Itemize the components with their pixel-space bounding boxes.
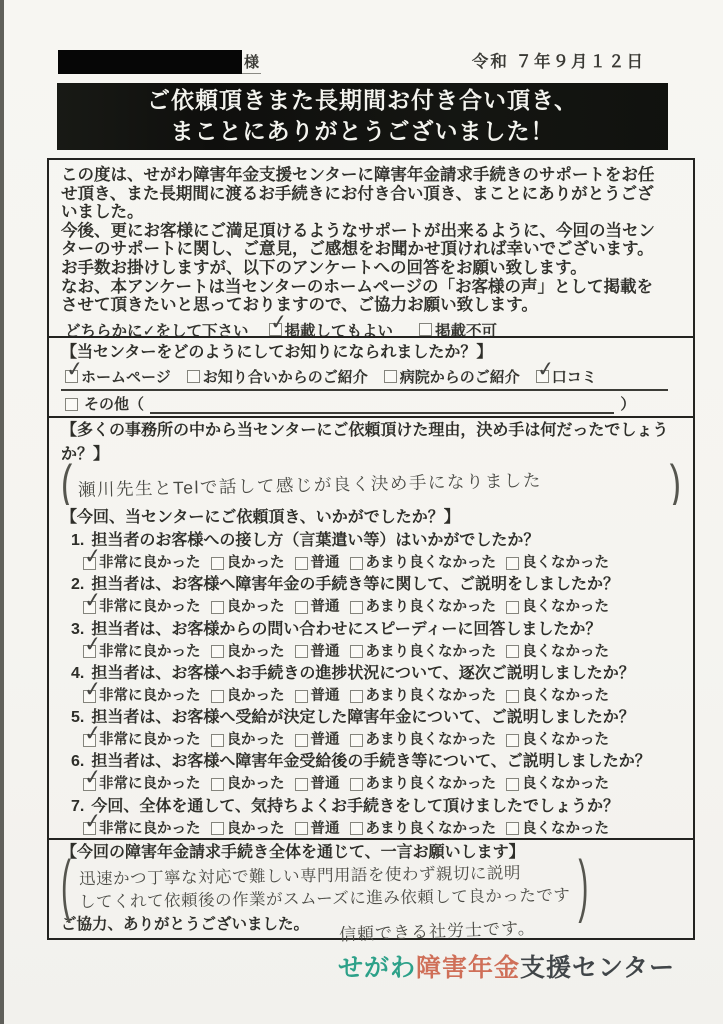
choice-item: 普通 [295, 596, 340, 618]
choice-item: 良かった [211, 773, 285, 795]
how-found-other-row: その他（ ） [61, 391, 637, 414]
checkbox-icon[interactable] [506, 734, 519, 747]
choice-label: 非常に良かった [99, 552, 201, 574]
question-text: 担当者は、お客様へ障害年金受給後の手続き等について、ご説明しましたか？ [91, 751, 650, 773]
choice-item: 良くなかった [506, 729, 609, 751]
reason-section: 【多くの事務所の中から当センターにご依頼頂けた理由，決め手は何だったでしょうか？… [49, 418, 693, 505]
checkbox-icon[interactable]: ✓ [83, 778, 96, 791]
choice-item: 普通 [295, 641, 340, 663]
checkbox-icon[interactable]: ✓ [83, 690, 96, 703]
handwritten-close-paren: ) [578, 854, 588, 923]
survey-question: 5.担当者は、お客様へ受給が決定した障害年金について、ご説明しましたか？✓非常に… [61, 707, 687, 751]
checkbox-icon[interactable]: ✓ [83, 601, 96, 614]
handwritten-close-paren: ) [670, 459, 681, 506]
how-found-section: 【当センターをどのようにしてお知りになられましたか？】 ✓ホームページお知り合い… [49, 338, 693, 418]
final-answer-row: ( 迅速かつ丁寧な対応で難しい専門用語を使わず親切に説明してくれて依頼後の作業が… [61, 865, 681, 911]
choice-item: 良くなかった [506, 773, 609, 795]
choice-label: あまり良くなかった [366, 729, 497, 751]
choice-label: 非常に良かった [99, 596, 201, 618]
choice-item: 良くなかった [506, 818, 609, 838]
question-row: 3.担当者は、お客様からの問い合わせにスピーディーに回答しましたか？ [61, 619, 687, 641]
checkbox-icon[interactable] [384, 370, 397, 383]
question-text: 今回、全体を通して、気持ちよくお手続きをして頂けましたでしょうか？ [91, 796, 619, 818]
choice-item: 良くなかった [506, 552, 609, 574]
handwritten-check-icon: ✓ [83, 766, 103, 789]
checkbox-icon[interactable] [295, 557, 308, 570]
document-date: 令和 ７年９月１２日 [472, 48, 645, 72]
survey-section: 【今回、当センターにご依頼頂き、いかがでしたか？】 1.担当者のお客様への接し方… [49, 505, 693, 838]
checkbox-icon[interactable] [295, 778, 308, 791]
consent-instruction: どちらかに✓をして下さい [65, 319, 249, 338]
choice-item: ✓非常に良かった [83, 818, 201, 838]
checkbox-icon[interactable] [211, 734, 224, 747]
question-row: 5.担当者は、お客様へ受給が決定した障害年金について、ご説明しましたか？ [61, 707, 687, 729]
choice-label: 良くなかった [522, 773, 609, 795]
choice-label: 良かった [227, 818, 285, 838]
choice-item: 良くなかった [506, 596, 609, 618]
choice-label: 良かった [227, 552, 285, 574]
checkbox-icon[interactable] [211, 778, 224, 791]
choice-item: 良かった [211, 685, 285, 707]
survey-question: 7.今回、全体を通して、気持ちよくお手続きをして頂けましたでしょうか？✓非常に良… [61, 796, 687, 838]
final-handwritten: 迅速かつ丁寧な対応で難しい専門用語を使わず親切に説明してくれて依頼後の作業がスム… [79, 865, 570, 911]
choice-item: 良くなかった [506, 641, 609, 663]
choice-label: あまり良くなかった [366, 818, 497, 838]
recipient-name-row: 様 [58, 50, 261, 74]
handwritten-check-icon: ✓ [268, 311, 288, 334]
checkbox-icon[interactable] [65, 398, 78, 411]
checkbox-icon[interactable] [506, 822, 519, 835]
choice-label: 良くなかった [522, 596, 609, 618]
checkbox-icon[interactable]: ✓ [83, 645, 96, 658]
choice-label: 良くなかった [522, 552, 609, 574]
choice-label: 良くなかった [522, 729, 609, 751]
choice-item: あまり良くなかった [350, 641, 497, 663]
question-options: ✓非常に良かった良かった普通あまり良くなかった良くなかった [61, 552, 687, 574]
choice-label: 普通 [311, 552, 340, 574]
logo-segment-segawa: せがわ [338, 954, 416, 982]
choice-item: 普通 [295, 773, 340, 795]
choice-label: 掲載不可 [435, 319, 497, 338]
choice-item: お知り合いからのご紹介 [187, 366, 368, 387]
choice-item: ✓非常に良かった [83, 552, 201, 574]
handwritten-check-icon: ✓ [83, 633, 103, 656]
handwritten-check-icon: ✓ [536, 358, 556, 381]
scanned-survey-page: 様 令和 ７年９月１２日 ご依頼頂きまた長期間お付き合い頂き、 まことにありがと… [0, 0, 723, 1024]
checkbox-icon[interactable] [350, 601, 363, 614]
survey-question: 4.担当者は、お客様へお手続きの進捗状況について、逐次ご説明しましたか？✓非常に… [61, 663, 687, 707]
intro-paragraph: 今後、更にお客様にご満足頂けるようなサポートが出来るように、今回の当センターのサ… [61, 222, 669, 259]
choice-item: 普通 [295, 818, 340, 838]
choice-item: あまり良くなかった [350, 773, 497, 795]
choice-label: 非常に良かった [99, 729, 201, 751]
other-write-in-line[interactable] [150, 396, 614, 414]
intro-section: この度は、せがわ障害年金支援センターに障害年金請求手続きのサポートをお任せ頂き、… [49, 160, 693, 338]
checkbox-icon[interactable] [419, 323, 432, 336]
other-option-label: その他（ [84, 393, 144, 414]
choice-label: 非常に良かった [99, 685, 201, 707]
choice-item: 普通 [295, 729, 340, 751]
publish-consent-row: どちらかに✓をして下さい ✓掲載してもよい掲載不可 [63, 319, 507, 338]
choice-item: 良かった [211, 818, 285, 838]
choice-label: あまり良くなかった [366, 552, 497, 574]
choice-label: あまり良くなかった [366, 773, 497, 795]
choice-item: 良かった [211, 729, 285, 751]
question-row: 7.今回、全体を通して、気持ちよくお手続きをして頂けましたでしょうか？ [61, 796, 687, 818]
banner-line-1: ご依頼頂きまた長期間お付き合い頂き、 [57, 85, 668, 116]
question-options: ✓非常に良かった良かった普通あまり良くなかった良くなかった [61, 773, 687, 795]
choice-item: 良くなかった [506, 685, 609, 707]
choice-label: 良くなかった [522, 818, 609, 838]
handwritten-open-paren: ( [61, 459, 72, 506]
checkbox-icon[interactable] [506, 778, 519, 791]
handwritten-open-paren: ( [61, 854, 71, 923]
choice-item: ✓非常に良かった [83, 641, 201, 663]
survey-form-box: この度は、せがわ障害年金支援センターに障害年金請求手続きのサポートをお任せ頂き、… [47, 158, 695, 940]
checkbox-icon[interactable] [295, 645, 308, 658]
choice-label: 非常に良かった [99, 641, 201, 663]
checkbox-icon[interactable] [350, 645, 363, 658]
redacted-name [58, 50, 242, 74]
question-options: ✓非常に良かった良かった普通あまり良くなかった良くなかった [61, 729, 687, 751]
choice-item: ✓ホームページ [65, 366, 171, 387]
checkbox-icon[interactable] [350, 778, 363, 791]
how-found-heading: 【当センターをどのようにしてお知りになられましたか？】 [61, 341, 681, 365]
reason-heading: 【多くの事務所の中から当センターにご依頼頂けた理由，決め手は何だったでしょうか？… [61, 419, 681, 467]
checkbox-icon[interactable] [506, 645, 519, 658]
choice-label: 良かった [227, 773, 285, 795]
choice-label: ホームページ [81, 366, 171, 387]
question-row: 1.担当者のお客様への接し方（言葉遣い等）はいかがでしたか？ [61, 530, 687, 552]
choice-item: 病院からのご紹介 [384, 366, 520, 387]
choice-item: ✓非常に良かった [83, 596, 201, 618]
checkbox-icon[interactable] [211, 601, 224, 614]
checkbox-icon[interactable] [506, 601, 519, 614]
choice-label: 良くなかった [522, 641, 609, 663]
choice-label: あまり良くなかった [366, 685, 497, 707]
checkbox-icon[interactable] [211, 690, 224, 703]
reason-answer-row: ( 瀬川先生とTelで話して感じが良く決め手になりました ) [61, 467, 681, 501]
final-comment-section: 【今回の障害年金請求手続き全体を通じて、一言お願いします】 ( 迅速かつ丁寧な対… [49, 838, 693, 938]
question-options: ✓非常に良かった良かった普通あまり良くなかった良くなかった [61, 685, 687, 707]
intro-paragraph: お手数お掛けしますが、以下のアンケートへの回答をお願い致します。 [61, 259, 669, 278]
choice-label: 良くなかった [522, 685, 609, 707]
question-options: ✓非常に良かった良かった普通あまり良くなかった良くなかった [61, 641, 687, 663]
question-text: 担当者は、お客様へ障害年金の手続き等に関して、ご説明をしましたか？ [91, 574, 619, 596]
handwritten-check-icon: ✓ [83, 722, 103, 745]
checkbox-icon[interactable] [211, 645, 224, 658]
choice-item: ✓非常に良かった [83, 773, 201, 795]
choice-item: 良かった [211, 596, 285, 618]
logo-segment-pension: 障害年金 [416, 954, 520, 982]
choice-label: 良かった [227, 685, 285, 707]
checkbox-icon[interactable] [506, 557, 519, 570]
checkbox-icon[interactable] [211, 557, 224, 570]
choice-label: 非常に良かった [99, 818, 201, 838]
choice-label: あまり良くなかった [366, 596, 497, 618]
choice-label: 掲載してもよい [285, 319, 394, 338]
reason-handwritten-answer: 瀬川先生とTelで話して感じが良く決め手になりました [78, 467, 542, 502]
question-text: 担当者のお客様への接し方（言葉遣い等）はいかがでしたか？ [91, 530, 539, 552]
checkbox-icon[interactable] [350, 734, 363, 747]
checkbox-icon[interactable] [350, 690, 363, 703]
handwritten-check-icon: ✓ [65, 358, 85, 381]
handwritten-check-icon: ✓ [83, 589, 103, 612]
checkbox-icon[interactable] [295, 734, 308, 747]
choice-item: ✓非常に良かった [83, 685, 201, 707]
handwritten-check-icon: ✓ [83, 811, 103, 834]
question-options: ✓非常に良かった良かった普通あまり良くなかった良くなかった [61, 596, 687, 618]
choice-label: あまり良くなかった [366, 641, 497, 663]
thank-you-banner: ご依頼頂きまた長期間お付き合い頂き、 まことにありがとうございました！ [57, 83, 668, 150]
scan-edge-artifact [0, 0, 4, 1024]
checkbox-icon[interactable]: ✓ [269, 323, 282, 336]
checkbox-icon[interactable] [506, 690, 519, 703]
question-text: 担当者は、お客様へお手続きの進捗状況について、逐次ご説明しましたか？ [91, 663, 634, 685]
survey-question: 1.担当者のお客様への接し方（言葉遣い等）はいかがでしたか？✓非常に良かった良か… [61, 530, 687, 574]
survey-question: 3.担当者は、お客様からの問い合わせにスピーディーに回答しましたか？✓非常に良か… [61, 619, 687, 663]
choice-item: 普通 [295, 685, 340, 707]
choice-label: 普通 [311, 729, 340, 751]
choice-label: 口コミ [552, 366, 597, 387]
checkbox-icon[interactable] [211, 822, 224, 835]
survey-heading: 【今回、当センターにご依頼頂き、いかがでしたか？】 [61, 506, 687, 530]
choice-item: あまり良くなかった [350, 552, 497, 574]
checkbox-icon[interactable] [350, 822, 363, 835]
survey-questions: 1.担当者のお客様への接し方（言葉遣い等）はいかがでしたか？✓非常に良かった良か… [61, 530, 687, 838]
handwritten-check-icon: ✓ [83, 678, 103, 701]
choice-item: あまり良くなかった [350, 818, 497, 838]
choice-label: 普通 [311, 596, 340, 618]
choice-label: 良かった [227, 729, 285, 751]
question-text: 担当者は、お客様へ受給が決定した障害年金について、ご説明しましたか？ [91, 707, 634, 729]
question-options: ✓非常に良かった良かった普通あまり良くなかった良くなかった [61, 818, 687, 838]
checkbox-icon[interactable] [295, 601, 308, 614]
choice-label: 普通 [311, 818, 340, 838]
survey-question: 2.担当者は、お客様へ障害年金の手続き等に関して、ご説明をしましたか？✓非常に良… [61, 574, 687, 618]
question-row: 2.担当者は、お客様へ障害年金の手続き等に関して、ご説明をしましたか？ [61, 574, 687, 596]
checkbox-icon[interactable] [295, 690, 308, 703]
logo-segment-center: 支援センター [520, 954, 675, 982]
choice-label: 非常に良かった [99, 773, 201, 795]
question-row: 6.担当者は、お客様へ障害年金受給後の手続き等について、ご説明しましたか？ [61, 751, 687, 773]
choice-label: 普通 [311, 773, 340, 795]
checkbox-icon[interactable]: ✓ [83, 822, 96, 835]
choice-item: あまり良くなかった [350, 729, 497, 751]
checkbox-icon[interactable]: ✓ [65, 370, 78, 383]
choice-item: ✓掲載してもよい [269, 319, 394, 338]
question-row: 4.担当者は、お客様へお手続きの進捗状況について、逐次ご説明しましたか？ [61, 663, 687, 685]
choice-label: 普通 [311, 685, 340, 707]
checkbox-icon[interactable]: ✓ [83, 734, 96, 747]
choice-item: 良かった [211, 641, 285, 663]
choice-label: お知り合いからのご紹介 [203, 366, 368, 387]
intro-paragraph: この度は、せがわ障害年金支援センターに障害年金請求手続きのサポートをお任せ頂き、… [61, 166, 669, 222]
checkbox-icon[interactable]: ✓ [83, 557, 96, 570]
banner-line-2: まことにありがとうございました！ [57, 116, 668, 147]
choice-label: 普通 [311, 641, 340, 663]
choice-item: あまり良くなかった [350, 685, 497, 707]
choice-label: 良かった [227, 641, 285, 663]
intro-paragraphs: この度は、せがわ障害年金支援センターに障害年金請求手続きのサポートをお任せ頂き、… [61, 166, 669, 315]
other-close-paren: ） [620, 393, 635, 414]
choice-item: ✓口コミ [536, 366, 597, 387]
survey-question: 6.担当者は、お客様へ障害年金受給後の手続き等について、ご説明しましたか？✓非常… [61, 751, 687, 795]
checkbox-icon[interactable] [187, 370, 200, 383]
center-logo-text: せがわ障害年金支援センター [338, 948, 675, 984]
choice-label: 良かった [227, 596, 285, 618]
choice-item: ✓非常に良かった [83, 729, 201, 751]
checkbox-icon[interactable]: ✓ [536, 370, 549, 383]
consent-options: ✓掲載してもよい掲載不可 [269, 319, 498, 338]
choice-item: 普通 [295, 552, 340, 574]
how-found-options: ✓ホームページお知り合いからのご紹介病院からのご紹介✓口コミ [61, 365, 668, 391]
handwritten-check-icon: ✓ [83, 545, 103, 568]
intro-paragraph: なお、本アンケートは当センターのホームページの「お客様の声」として掲載をさせて頂… [61, 278, 669, 315]
choice-item: 良かった [211, 552, 285, 574]
choice-label: 病院からのご紹介 [400, 366, 520, 387]
question-text: 担当者は、お客様からの問い合わせにスピーディーに回答しましたか？ [91, 619, 601, 641]
choice-item: 掲載不可 [419, 319, 497, 338]
honorific-label: 様 [242, 51, 261, 74]
checkbox-icon[interactable] [295, 822, 308, 835]
checkbox-icon[interactable] [350, 557, 363, 570]
choice-item: あまり良くなかった [350, 596, 497, 618]
